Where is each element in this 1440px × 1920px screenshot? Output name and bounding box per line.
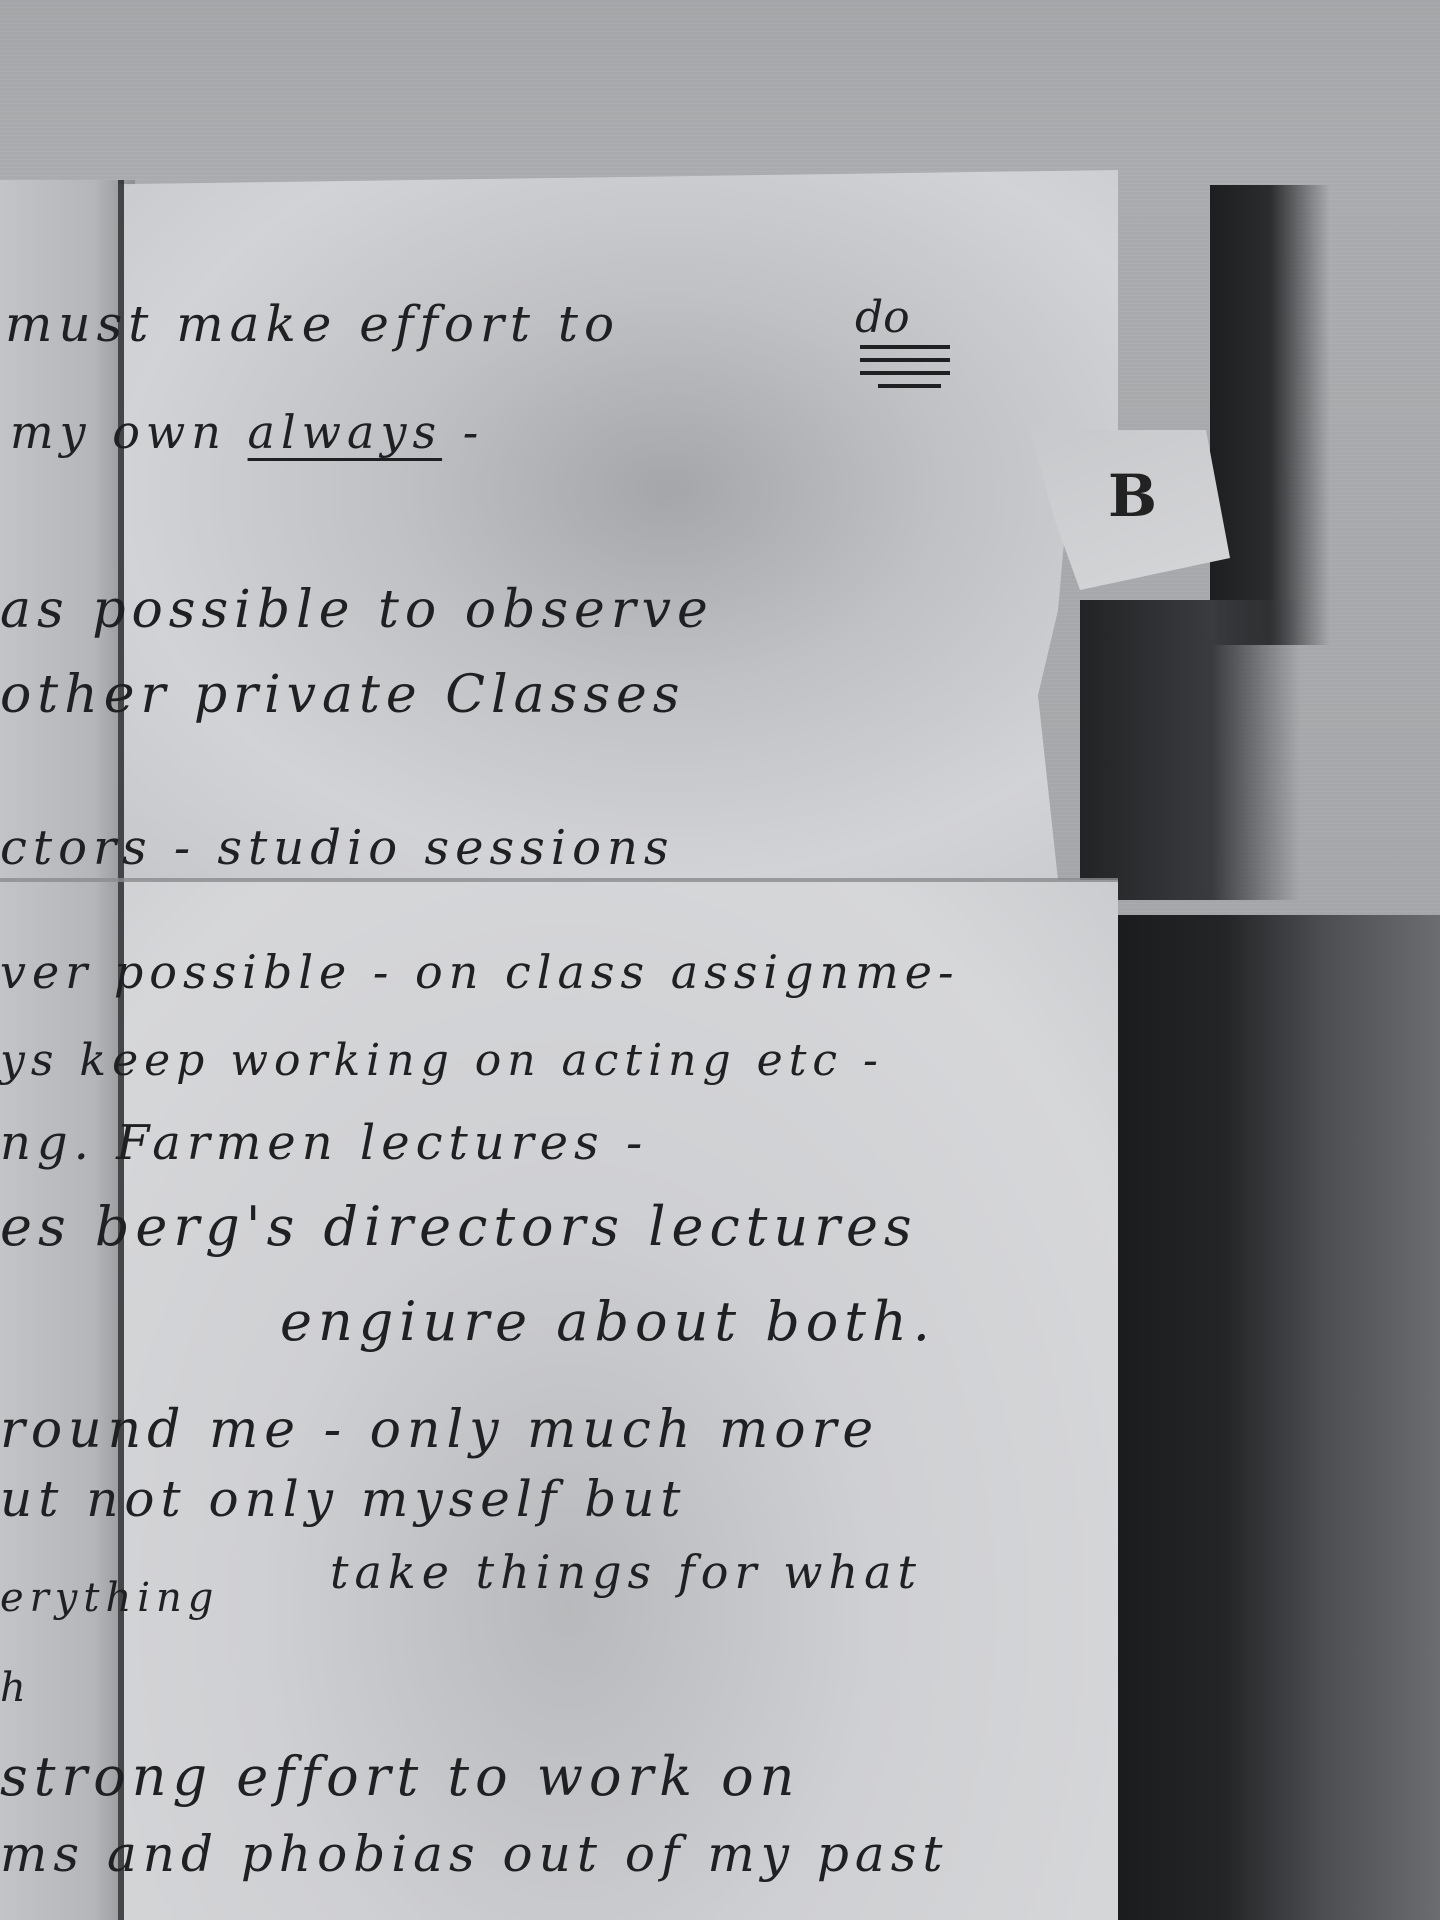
note-line: as possible to observe	[0, 580, 714, 640]
underlined-word: always	[248, 405, 443, 459]
note-line: take things for what	[330, 1545, 922, 1599]
handwritten-note: must make effort to my own always - as p…	[0, 0, 1440, 1920]
note-line: strong effort to work on	[0, 1745, 800, 1808]
note-line: ng. Farmen lectures -	[0, 1115, 648, 1171]
note-line: ut not only myself but	[0, 1470, 687, 1528]
note-line: round me - only much more	[0, 1400, 879, 1460]
note-line: other private Classes	[0, 665, 685, 725]
note-line: erything	[0, 1575, 219, 1621]
note-line: ms and phobias out of my past	[0, 1825, 948, 1883]
note-line: es berg's directors lectures	[0, 1195, 918, 1258]
note-line: ys keep working on acting etc -	[0, 1035, 884, 1086]
note-line: h	[0, 1665, 32, 1711]
note-line: ctors - studio sessions	[0, 820, 675, 876]
note-line: must make effort to	[5, 295, 620, 353]
note-line: ver possible - on class assignme-	[0, 945, 960, 999]
note-line: engiure about both.	[280, 1290, 936, 1353]
note-line: my own always -	[10, 405, 484, 459]
